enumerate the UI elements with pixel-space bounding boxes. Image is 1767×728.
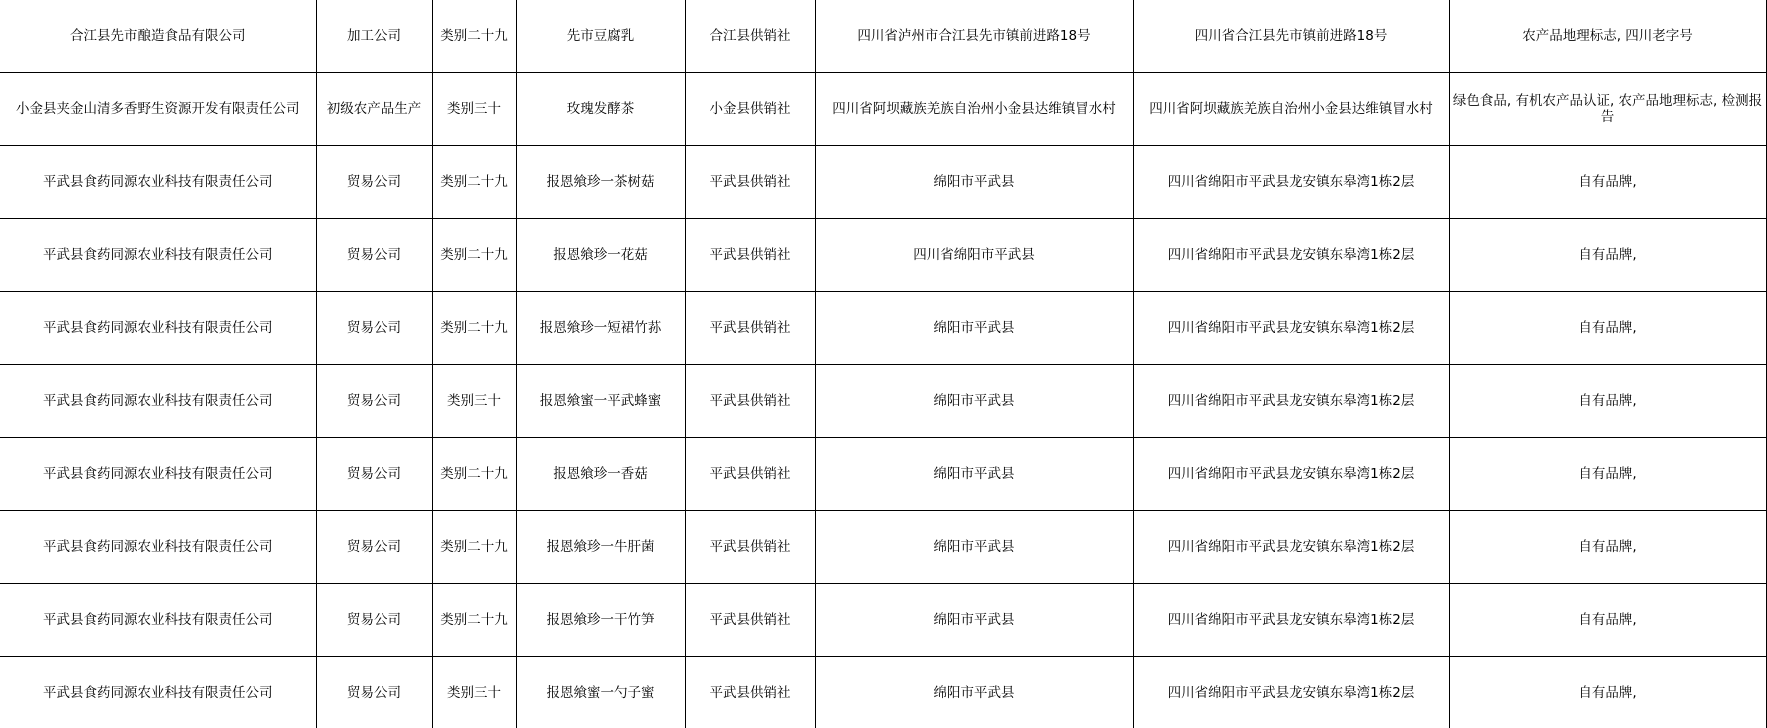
company-type-cell[interactable]: 贸易公司 <box>316 291 432 364</box>
company-type-cell[interactable]: 贸易公司 <box>316 145 432 218</box>
origin-address-cell[interactable]: 绵阳市平武县 <box>815 291 1133 364</box>
product-name-cell[interactable]: 报恩飨蜜一勺子蜜 <box>516 656 685 728</box>
certifications-cell[interactable]: 自有品牌, <box>1449 510 1766 583</box>
certifications-cell[interactable]: 绿色食品, 有机农产品认证, 农产品地理标志, 检测报告 <box>1449 72 1766 145</box>
certifications-cell[interactable]: 自有品牌, <box>1449 364 1766 437</box>
category-cell[interactable]: 类别二十九 <box>432 145 516 218</box>
product-name-cell[interactable]: 报恩飨珍一香菇 <box>516 437 685 510</box>
certifications-cell[interactable]: 自有品牌, <box>1449 656 1766 728</box>
table-row: 平武县食药同源农业科技有限责任公司 贸易公司 类别三十 报恩飨蜜一平武蜂蜜 平武… <box>0 364 1766 437</box>
origin-address-cell[interactable]: 绵阳市平武县 <box>815 583 1133 656</box>
supply-coop-cell[interactable]: 平武县供销社 <box>685 656 815 728</box>
origin-address-cell[interactable]: 四川省泸州市合江县先市镇前进路18号 <box>815 0 1133 72</box>
company-type-cell[interactable]: 贸易公司 <box>316 364 432 437</box>
product-name-cell[interactable]: 玫瑰发酵茶 <box>516 72 685 145</box>
category-cell[interactable]: 类别三十 <box>432 364 516 437</box>
certifications-cell[interactable]: 农产品地理标志, 四川老字号 <box>1449 0 1766 72</box>
company-name-cell[interactable]: 平武县食药同源农业科技有限责任公司 <box>0 583 316 656</box>
category-cell[interactable]: 类别二十九 <box>432 437 516 510</box>
category-cell[interactable]: 类别二十九 <box>432 218 516 291</box>
company-name-cell[interactable]: 平武县食药同源农业科技有限责任公司 <box>0 145 316 218</box>
table-row: 平武县食药同源农业科技有限责任公司 贸易公司 类别三十 报恩飨蜜一勺子蜜 平武县… <box>0 656 1766 728</box>
company-name-cell[interactable]: 合江县先市酿造食品有限公司 <box>0 0 316 72</box>
category-cell[interactable]: 类别二十九 <box>432 583 516 656</box>
supply-coop-cell[interactable]: 平武县供销社 <box>685 437 815 510</box>
table-row: 平武县食药同源农业科技有限责任公司 贸易公司 类别二十九 报恩飨珍一干竹笋 平武… <box>0 583 1766 656</box>
supply-coop-cell[interactable]: 小金县供销社 <box>685 72 815 145</box>
supply-coop-cell[interactable]: 平武县供销社 <box>685 583 815 656</box>
company-type-cell[interactable]: 贸易公司 <box>316 583 432 656</box>
company-name-cell[interactable]: 平武县食药同源农业科技有限责任公司 <box>0 510 316 583</box>
product-registry-table: 合江县先市酿造食品有限公司 加工公司 类别二十九 先市豆腐乳 合江县供销社 四川… <box>0 0 1767 728</box>
company-address-cell[interactable]: 四川省绵阳市平武县龙安镇东皋湾1栋2层 <box>1133 510 1449 583</box>
company-name-cell[interactable]: 平武县食药同源农业科技有限责任公司 <box>0 364 316 437</box>
company-address-cell[interactable]: 四川省阿坝藏族羌族自治州小金县达维镇冒水村 <box>1133 72 1449 145</box>
company-type-cell[interactable]: 贸易公司 <box>316 510 432 583</box>
company-address-cell[interactable]: 四川省绵阳市平武县龙安镇东皋湾1栋2层 <box>1133 656 1449 728</box>
supply-coop-cell[interactable]: 合江县供销社 <box>685 0 815 72</box>
product-name-cell[interactable]: 报恩飨珍一花菇 <box>516 218 685 291</box>
certifications-cell[interactable]: 自有品牌, <box>1449 437 1766 510</box>
category-cell[interactable]: 类别二十九 <box>432 0 516 72</box>
company-address-cell[interactable]: 四川省绵阳市平武县龙安镇东皋湾1栋2层 <box>1133 364 1449 437</box>
supply-coop-cell[interactable]: 平武县供销社 <box>685 291 815 364</box>
table-row: 合江县先市酿造食品有限公司 加工公司 类别二十九 先市豆腐乳 合江县供销社 四川… <box>0 0 1766 72</box>
company-name-cell[interactable]: 平武县食药同源农业科技有限责任公司 <box>0 656 316 728</box>
company-name-cell[interactable]: 平武县食药同源农业科技有限责任公司 <box>0 291 316 364</box>
company-type-cell[interactable]: 贸易公司 <box>316 437 432 510</box>
company-type-cell[interactable]: 贸易公司 <box>316 218 432 291</box>
company-address-cell[interactable]: 四川省绵阳市平武县龙安镇东皋湾1栋2层 <box>1133 583 1449 656</box>
origin-address-cell[interactable]: 绵阳市平武县 <box>815 437 1133 510</box>
supply-coop-cell[interactable]: 平武县供销社 <box>685 145 815 218</box>
category-cell[interactable]: 类别三十 <box>432 656 516 728</box>
certifications-cell[interactable]: 自有品牌, <box>1449 583 1766 656</box>
product-name-cell[interactable]: 报恩飨珍一短裙竹荪 <box>516 291 685 364</box>
origin-address-cell[interactable]: 四川省阿坝藏族羌族自治州小金县达维镇冒水村 <box>815 72 1133 145</box>
product-name-cell[interactable]: 报恩飨珍一干竹笋 <box>516 583 685 656</box>
company-type-cell[interactable]: 贸易公司 <box>316 656 432 728</box>
table-row: 平武县食药同源农业科技有限责任公司 贸易公司 类别二十九 报恩飨珍一牛肝菌 平武… <box>0 510 1766 583</box>
table-row: 平武县食药同源农业科技有限责任公司 贸易公司 类别二十九 报恩飨珍一花菇 平武县… <box>0 218 1766 291</box>
product-name-cell[interactable]: 报恩飨珍一牛肝菌 <box>516 510 685 583</box>
supply-coop-cell[interactable]: 平武县供销社 <box>685 364 815 437</box>
origin-address-cell[interactable]: 绵阳市平武县 <box>815 510 1133 583</box>
company-address-cell[interactable]: 四川省绵阳市平武县龙安镇东皋湾1栋2层 <box>1133 145 1449 218</box>
company-type-cell[interactable]: 加工公司 <box>316 0 432 72</box>
category-cell[interactable]: 类别二十九 <box>432 510 516 583</box>
table-row: 小金县夹金山清多香野生资源开发有限责任公司 初级农产品生产 类别三十 玫瑰发酵茶… <box>0 72 1766 145</box>
category-cell[interactable]: 类别三十 <box>432 72 516 145</box>
company-address-cell[interactable]: 四川省合江县先市镇前进路18号 <box>1133 0 1449 72</box>
certifications-cell[interactable]: 自有品牌, <box>1449 218 1766 291</box>
table-row: 平武县食药同源农业科技有限责任公司 贸易公司 类别二十九 报恩飨珍一香菇 平武县… <box>0 437 1766 510</box>
product-name-cell[interactable]: 报恩飨蜜一平武蜂蜜 <box>516 364 685 437</box>
company-name-cell[interactable]: 小金县夹金山清多香野生资源开发有限责任公司 <box>0 72 316 145</box>
origin-address-cell[interactable]: 绵阳市平武县 <box>815 145 1133 218</box>
product-name-cell[interactable]: 先市豆腐乳 <box>516 0 685 72</box>
product-name-cell[interactable]: 报恩飨珍一茶树菇 <box>516 145 685 218</box>
category-cell[interactable]: 类别二十九 <box>432 291 516 364</box>
table-row: 平武县食药同源农业科技有限责任公司 贸易公司 类别二十九 报恩飨珍一短裙竹荪 平… <box>0 291 1766 364</box>
supply-coop-cell[interactable]: 平武县供销社 <box>685 510 815 583</box>
company-name-cell[interactable]: 平武县食药同源农业科技有限责任公司 <box>0 218 316 291</box>
certifications-cell[interactable]: 自有品牌, <box>1449 291 1766 364</box>
company-name-cell[interactable]: 平武县食药同源农业科技有限责任公司 <box>0 437 316 510</box>
company-type-cell[interactable]: 初级农产品生产 <box>316 72 432 145</box>
origin-address-cell[interactable]: 绵阳市平武县 <box>815 364 1133 437</box>
company-address-cell[interactable]: 四川省绵阳市平武县龙安镇东皋湾1栋2层 <box>1133 437 1449 510</box>
origin-address-cell[interactable]: 四川省绵阳市平武县 <box>815 218 1133 291</box>
supply-coop-cell[interactable]: 平武县供销社 <box>685 218 815 291</box>
company-address-cell[interactable]: 四川省绵阳市平武县龙安镇东皋湾1栋2层 <box>1133 218 1449 291</box>
certifications-cell[interactable]: 自有品牌, <box>1449 145 1766 218</box>
company-address-cell[interactable]: 四川省绵阳市平武县龙安镇东皋湾1栋2层 <box>1133 291 1449 364</box>
table-row: 平武县食药同源农业科技有限责任公司 贸易公司 类别二十九 报恩飨珍一茶树菇 平武… <box>0 145 1766 218</box>
origin-address-cell[interactable]: 绵阳市平武县 <box>815 656 1133 728</box>
